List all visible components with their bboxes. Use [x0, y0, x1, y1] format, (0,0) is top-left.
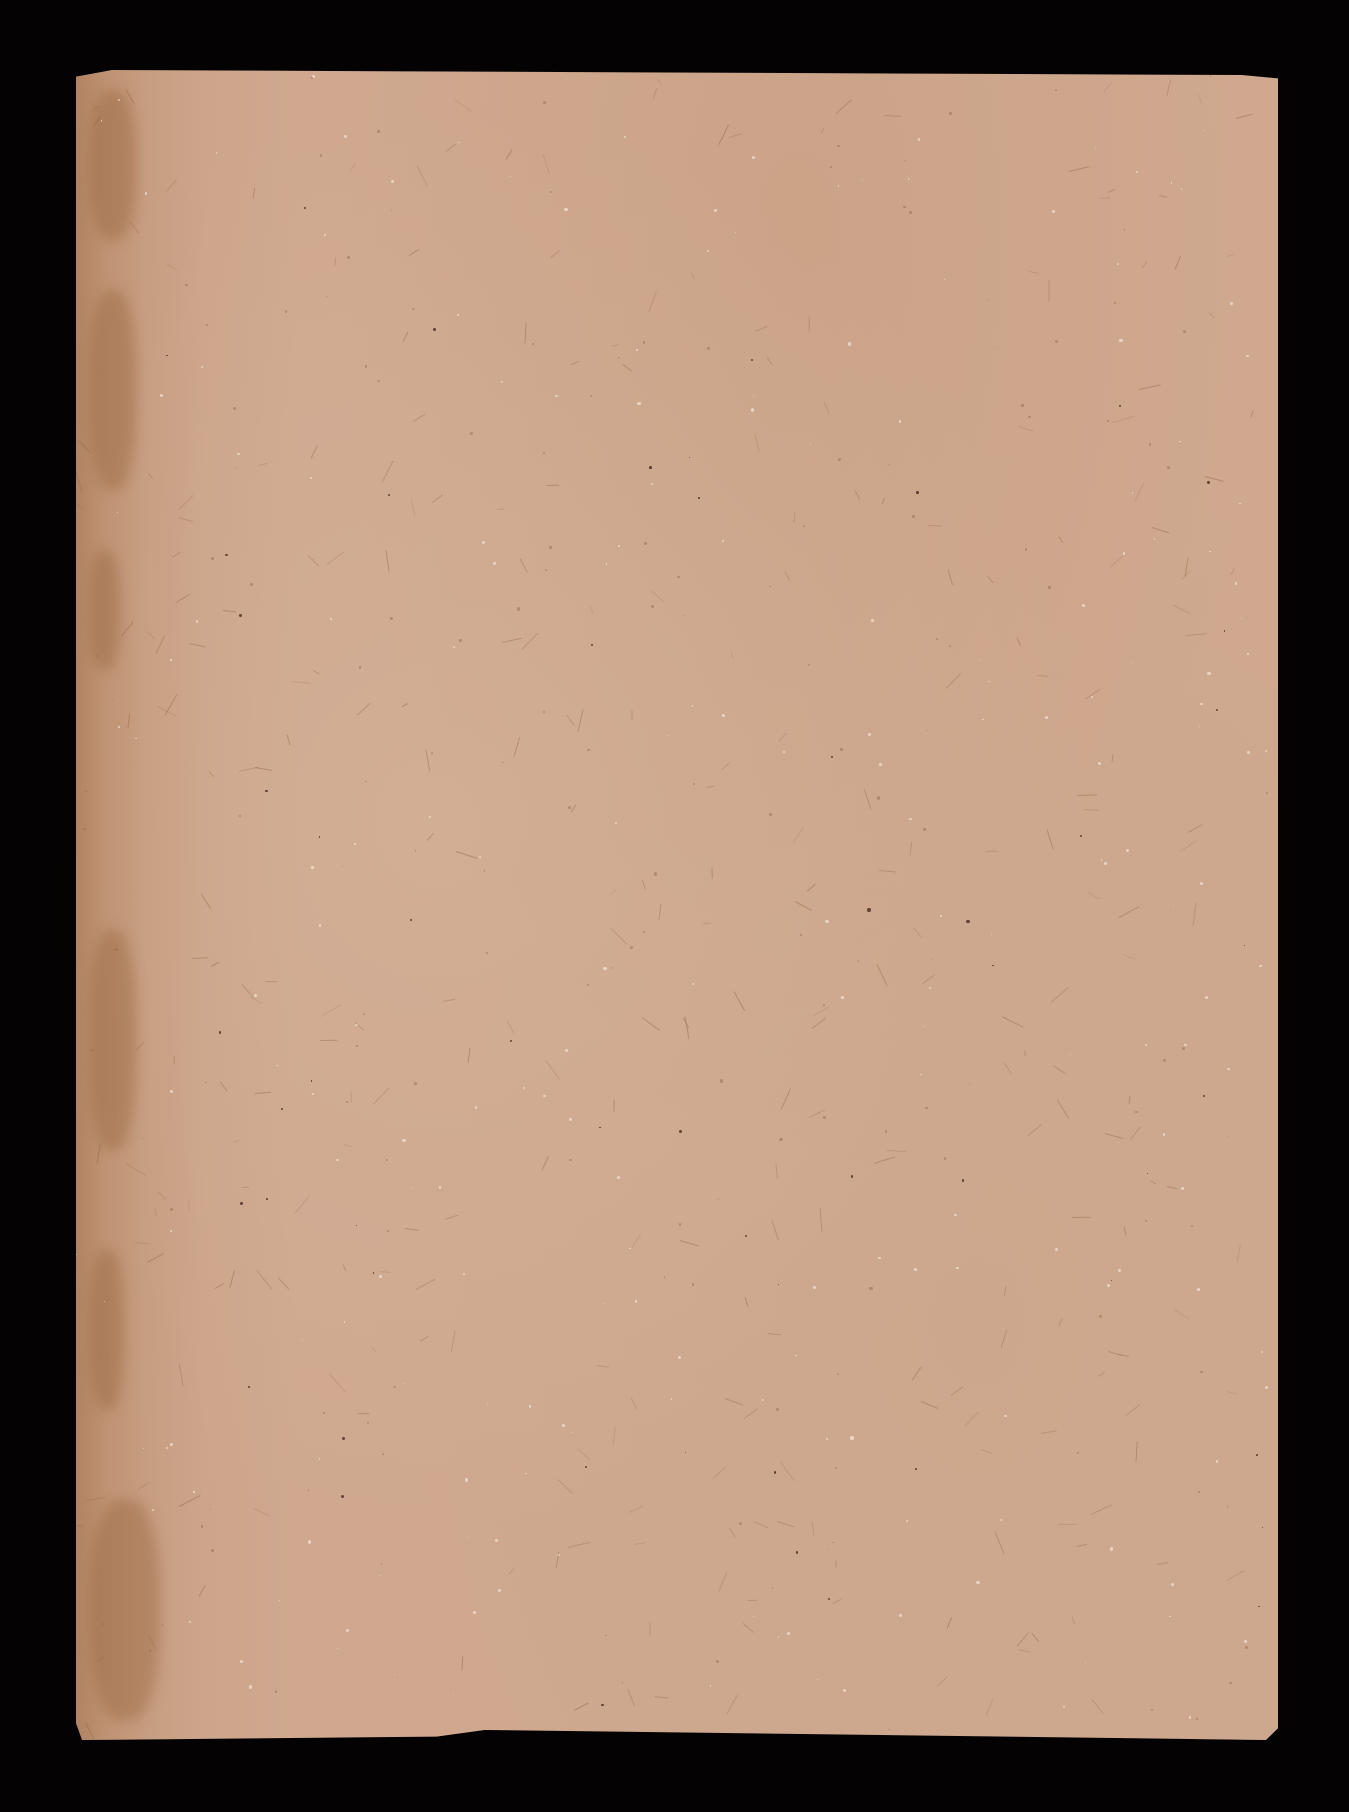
paper-fiber [1186, 633, 1207, 636]
paper-speck [1095, 147, 1096, 148]
paper-fiber [1174, 605, 1191, 614]
paper-speck [962, 1179, 965, 1182]
paper-fiber [76, 1525, 83, 1526]
paper-fiber [432, 494, 443, 503]
paper-fiber [1092, 1699, 1104, 1713]
paper-fiber [178, 1364, 183, 1387]
paper-fiber [874, 1156, 895, 1163]
paper-speck [1171, 1583, 1174, 1586]
paper-speck [1198, 1491, 1200, 1493]
paper-fiber [172, 552, 181, 559]
paper-fiber [590, 606, 594, 614]
paper-fiber [461, 1656, 463, 1670]
paper-fiber [881, 498, 884, 505]
paper-speck [1132, 492, 1133, 493]
paper-fiber [355, 1023, 365, 1032]
paper-speck [475, 1106, 478, 1109]
paper-speck [722, 540, 724, 542]
paper-fiber [543, 153, 550, 174]
paper-fiber [780, 1461, 795, 1481]
paper-speck [1119, 405, 1122, 408]
paper-speck [1262, 1527, 1263, 1528]
paper-speck [397, 1677, 398, 1678]
paper-speck [337, 1648, 338, 1649]
paper-speck [787, 1632, 790, 1635]
paper-speck [851, 1175, 854, 1178]
paper-speck [347, 256, 350, 259]
paper-speck [1204, 130, 1205, 131]
paper-speck [311, 77, 313, 79]
paper-fiber [630, 1397, 636, 1409]
paper-speck [1207, 672, 1210, 675]
paper-fiber [551, 250, 560, 258]
paper-fiber [744, 1408, 759, 1419]
paper-fiber [807, 884, 816, 892]
paper-speck [1183, 330, 1186, 333]
paper-speck [899, 420, 901, 422]
paper-speck [831, 756, 833, 758]
paper-speck [714, 209, 717, 212]
paper-fiber [1236, 113, 1253, 118]
paper-fiber [987, 576, 993, 583]
paper-book-cover [76, 70, 1278, 1740]
paper-speck [216, 152, 218, 154]
paper-speck [412, 308, 414, 310]
paper-fiber [632, 1234, 642, 1248]
paper-speck [635, 1300, 637, 1302]
paper-speck [239, 614, 242, 617]
paper-speck [1136, 171, 1139, 174]
paper-speck [1246, 355, 1248, 357]
paper-fiber [313, 670, 320, 674]
paper-speck [1163, 1133, 1165, 1135]
paper-fiber [1105, 1133, 1124, 1139]
paper-speck [386, 1159, 388, 1161]
paper-fiber [928, 525, 942, 526]
paper-fiber [614, 1100, 615, 1112]
paper-fiber [965, 1412, 978, 1427]
paper-speck [96, 655, 98, 657]
paper-fiber [612, 344, 619, 347]
paper-speck [1117, 263, 1119, 265]
paper-speck [987, 299, 989, 301]
paper-speck [415, 850, 416, 851]
paper-fiber [1072, 1616, 1076, 1624]
paper-speck [185, 284, 188, 287]
paper-fiber [1136, 1441, 1138, 1461]
paper-fiber [278, 1277, 290, 1290]
paper-fiber [320, 1040, 337, 1041]
paper-fiber [419, 1336, 428, 1342]
paper-fiber [1099, 198, 1109, 200]
paper-speck [1110, 1547, 1113, 1550]
paper-speck [912, 515, 915, 518]
paper-fiber [1069, 166, 1090, 172]
paper-fiber [719, 1571, 728, 1591]
paper-speck [654, 872, 657, 875]
paper-speck [285, 310, 287, 312]
paper-speck [211, 557, 214, 560]
paper-fiber [1123, 1227, 1126, 1236]
paper-speck [205, 1082, 206, 1083]
paper-speck [828, 1549, 830, 1551]
paper-speck [1104, 862, 1107, 865]
paper-fiber [1032, 1633, 1040, 1642]
paper-fiber [1123, 954, 1136, 959]
paper-speck [925, 1107, 928, 1110]
paper-speck [394, 1386, 396, 1388]
paper-speck [956, 1267, 959, 1270]
paper-fiber [1000, 1330, 1007, 1348]
paper-speck [997, 347, 998, 348]
paper-speck [117, 512, 118, 513]
paper-fiber [1188, 824, 1204, 833]
paper-speck [606, 563, 607, 564]
paper-speck [871, 619, 874, 622]
paper-speck [908, 178, 910, 180]
paper-speck [387, 1230, 389, 1232]
paper-speck [170, 1443, 173, 1446]
paper-fiber [255, 767, 272, 771]
paper-speck [753, 396, 754, 397]
paper-fiber [1250, 410, 1253, 418]
paper-fiber [507, 1020, 514, 1033]
paper-speck [1259, 965, 1261, 967]
paper-speck [562, 1424, 565, 1427]
paper-fiber [680, 1240, 698, 1246]
paper-speck [248, 1386, 250, 1388]
paper-speck [543, 101, 546, 104]
paper-speck [832, 1542, 833, 1543]
paper-speck [611, 967, 612, 968]
paper-fiber [455, 851, 476, 859]
paper-speck [543, 452, 545, 454]
paper-speck [1258, 1606, 1260, 1608]
paper-speck [390, 617, 393, 620]
paper-speck [1135, 1111, 1137, 1113]
spine-stain [90, 90, 136, 240]
paper-speck [622, 1682, 624, 1684]
paper-speck [523, 1087, 526, 1090]
paper-fiber [178, 517, 193, 522]
paper-fiber [912, 1367, 922, 1381]
paper-speck [1203, 1095, 1205, 1097]
paper-speck [239, 815, 241, 817]
paper-speck [320, 154, 323, 157]
paper-fiber [454, 99, 471, 112]
paper-speck [982, 719, 984, 721]
paper-fiber [854, 490, 859, 499]
paper-speck [879, 763, 882, 766]
paper-speck [1216, 709, 1218, 711]
paper-fiber [658, 904, 661, 920]
paper-speck [751, 408, 754, 411]
paper-speck [564, 208, 567, 211]
paper-fiber [1077, 1544, 1087, 1547]
paper-fiber [266, 981, 277, 982]
paper-speck [1229, 1682, 1232, 1685]
paper-fiber [1087, 892, 1099, 899]
paper-speck [1181, 1187, 1184, 1190]
paper-fiber [1159, 195, 1167, 198]
paper-fiber [467, 1048, 470, 1063]
paper-speck [439, 1186, 442, 1189]
paper-speck [1170, 910, 1171, 911]
paper-fiber [946, 673, 962, 689]
paper-speck [545, 569, 547, 571]
paper-fiber [546, 1060, 560, 1079]
paper-speck [211, 1549, 214, 1552]
paper-speck [752, 156, 755, 159]
paper-speck [145, 192, 148, 195]
paper-fiber [712, 1467, 725, 1479]
paper-fiber [1059, 536, 1063, 542]
paper-speck [391, 210, 392, 211]
paper-speck [823, 1004, 824, 1005]
paper-fiber [241, 984, 253, 997]
paper-speck [189, 1621, 191, 1623]
paper-fiber [835, 99, 852, 114]
paper-fiber [445, 1214, 458, 1219]
paper-fiber [252, 187, 255, 198]
paper-speck [1114, 302, 1116, 304]
paper-speck [193, 1491, 194, 1492]
paper-speck [867, 908, 870, 911]
paper-speck [734, 128, 735, 129]
paper-fiber [450, 1331, 455, 1353]
paper-speck [143, 1448, 144, 1449]
paper-fiber [138, 1483, 149, 1490]
paper-fiber [921, 1401, 938, 1409]
paper-speck [160, 394, 163, 397]
paper-fiber [1050, 987, 1068, 1003]
paper-fiber [372, 1087, 389, 1104]
paper-fiber [776, 1164, 778, 1179]
paper-fiber [631, 710, 632, 719]
paper-fiber [1112, 415, 1135, 423]
paper-speck [569, 1118, 572, 1121]
paper-fiber [1077, 794, 1097, 796]
paper-speck [685, 1452, 686, 1453]
paper-speck [1111, 1280, 1112, 1281]
paper-fiber [311, 445, 318, 458]
paper-speck [166, 1447, 168, 1449]
paper-fiber [136, 1043, 144, 1052]
paper-speck [569, 1159, 571, 1161]
paper-fiber [308, 555, 319, 566]
paper-speck [240, 1660, 243, 1663]
paper-fiber [729, 1528, 736, 1539]
paper-speck [377, 130, 379, 132]
paper-speck [412, 1188, 413, 1189]
paper-speck [344, 135, 347, 138]
paper-speck [944, 1157, 946, 1159]
paper-speck [237, 453, 239, 455]
paper-speck [1063, 1706, 1065, 1708]
paper-speck [604, 1303, 605, 1304]
paper-speck [837, 1373, 839, 1375]
paper-fiber [947, 1617, 952, 1628]
paper-fiber [154, 1208, 156, 1216]
paper-speck [803, 525, 805, 527]
paper-speck [618, 545, 621, 548]
paper-speck [677, 576, 679, 578]
paper-speck [1200, 1371, 1203, 1374]
paper-fiber [127, 714, 130, 729]
spine-stain [90, 1500, 160, 1720]
paper-fiber [612, 1427, 615, 1447]
paper-speck [529, 1405, 532, 1408]
paper-fiber [173, 1056, 174, 1064]
paper-speck [118, 726, 120, 728]
paper-fiber [648, 291, 656, 311]
paper-speck [502, 762, 504, 764]
paper-fiber [948, 569, 953, 585]
paper-speck [707, 347, 710, 350]
paper-speck [923, 828, 926, 831]
paper-fiber [913, 927, 922, 937]
paper-speck [336, 1159, 339, 1162]
paper-speck [679, 1130, 682, 1133]
paper-speck [774, 1471, 777, 1474]
paper-fiber [729, 133, 742, 138]
paper-fiber [250, 997, 261, 1004]
paper-fiber [734, 991, 746, 1011]
paper-fiber [443, 999, 455, 1002]
paper-fiber [649, 1622, 650, 1636]
paper-speck [944, 279, 945, 280]
paper-speck [1021, 404, 1024, 407]
paper-speck [433, 328, 436, 331]
paper-fiber [96, 1144, 100, 1164]
paper-speck [1126, 849, 1129, 852]
paper-fiber [130, 222, 140, 235]
paper-speck [643, 341, 645, 343]
paper-fiber [1046, 830, 1053, 850]
paper-speck [762, 1399, 764, 1401]
paper-speck [800, 934, 802, 936]
paper-speck [718, 1199, 719, 1200]
paper-speck [927, 730, 928, 731]
paper-fiber [405, 1228, 419, 1231]
paper-speck [776, 1408, 779, 1411]
paper-fiber [743, 1623, 755, 1633]
paper-speck [1167, 466, 1170, 469]
paper-fiber [721, 762, 729, 770]
paper-speck [170, 659, 171, 660]
paper-speck [484, 870, 485, 871]
paper-speck [1227, 1136, 1228, 1137]
paper-fiber [1152, 527, 1170, 533]
paper-speck [344, 1321, 346, 1323]
paper-speck [629, 1248, 630, 1249]
paper-fiber [1142, 260, 1148, 268]
paper-fiber [254, 1508, 269, 1516]
paper-fiber [192, 957, 208, 959]
paper-speck [862, 180, 863, 181]
paper-speck [482, 541, 485, 544]
paper-fiber [627, 1689, 634, 1706]
paper-speck [888, 1729, 890, 1731]
paper-speck [1181, 188, 1182, 189]
paper-speck [976, 1581, 979, 1584]
paper-speck [279, 1600, 280, 1601]
paper-fiber [1041, 1430, 1057, 1434]
paper-fiber [986, 851, 997, 852]
paper-fiber [1001, 1016, 1022, 1028]
paper-speck [1132, 662, 1133, 663]
paper-speck [240, 1202, 243, 1205]
paper-fiber [257, 1270, 272, 1289]
paper-speck [1207, 481, 1210, 484]
paper-fiber [1084, 809, 1098, 811]
paper-speck [363, 1013, 365, 1015]
paper-fiber [350, 1092, 351, 1103]
paper-speck [693, 783, 695, 785]
paper-fiber [1004, 1286, 1007, 1297]
paper-fiber [820, 127, 825, 134]
paper-fiber [1199, 94, 1202, 103]
paper-fiber [157, 1191, 165, 1199]
paper-speck [323, 1412, 325, 1414]
paper-speck [342, 866, 343, 867]
paper-speck [828, 1598, 830, 1600]
paper-fiber [1109, 556, 1122, 568]
paper-speck [716, 1660, 719, 1663]
paper-speck [710, 1685, 712, 1687]
paper-fiber [413, 414, 426, 422]
paper-fiber [641, 880, 645, 890]
paper-fiber [343, 1264, 347, 1271]
paper-speck [1239, 503, 1240, 504]
paper-fiber [768, 1333, 781, 1335]
paper-fiber [210, 961, 218, 966]
paper-fiber [190, 643, 206, 648]
paper-speck [457, 314, 459, 316]
paper-speck [735, 232, 736, 233]
paper-fiber [220, 1081, 228, 1092]
paper-speck [225, 554, 227, 556]
paper-speck [630, 946, 633, 949]
paper-speck [468, 1537, 470, 1539]
paper-speck [76, 1254, 77, 1255]
paper-speck [1154, 538, 1156, 540]
paper-fiber [795, 901, 812, 911]
paper-speck [319, 836, 321, 838]
paper-fiber [370, 1346, 376, 1352]
paper-fiber [651, 590, 665, 603]
paper-speck [310, 477, 312, 479]
paper-fiber [1166, 78, 1171, 95]
paper-speck [378, 380, 380, 382]
paper-speck [599, 1127, 600, 1128]
paper-speck [1098, 762, 1101, 765]
paper-speck [459, 639, 461, 641]
paper-fiber [1003, 1063, 1011, 1074]
paper-fiber [1180, 840, 1197, 852]
paper-speck [615, 822, 617, 824]
paper-speck [510, 1040, 512, 1042]
paper-fiber [86, 1496, 106, 1500]
paper-fiber [546, 485, 559, 486]
paper-fiber [344, 1144, 352, 1147]
paper-speck [254, 994, 257, 997]
paper-speck [918, 138, 921, 141]
paper-speck [915, 1468, 917, 1470]
paper-speck [354, 843, 356, 845]
paper-speck [525, 1473, 526, 1474]
paper-speck [679, 1223, 681, 1225]
